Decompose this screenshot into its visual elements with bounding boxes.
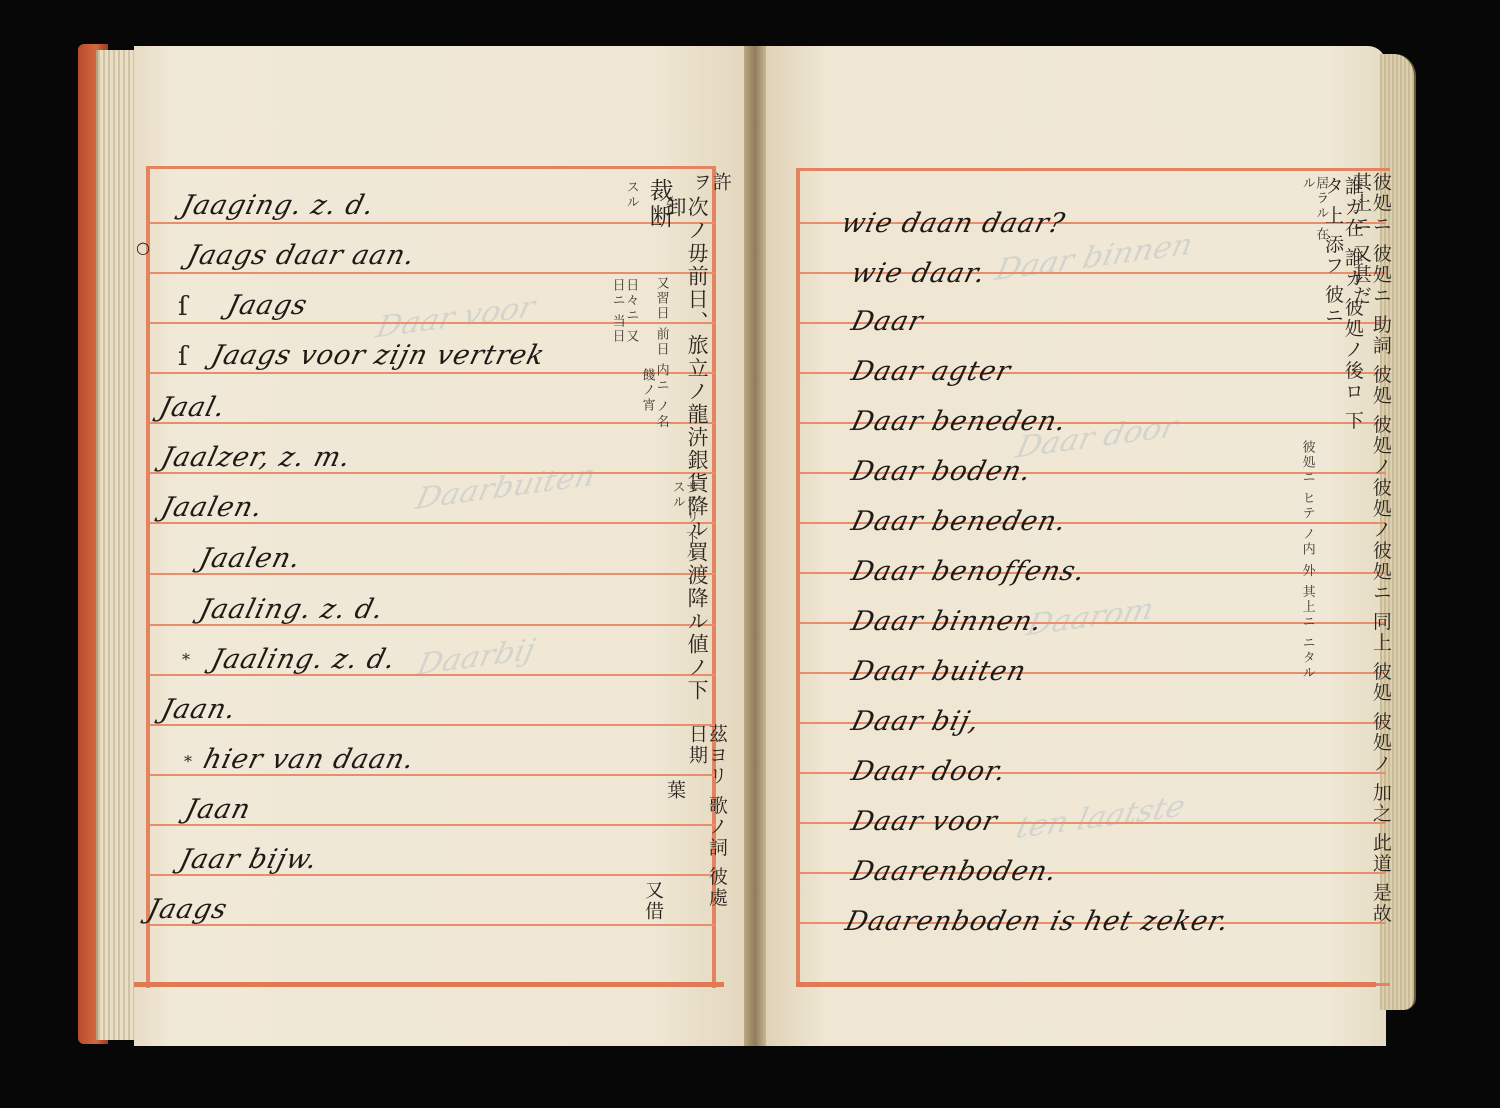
dictionary-entry: Jaan. (158, 694, 240, 725)
ruled-line (150, 222, 716, 224)
circle-marker: ○ (136, 238, 150, 257)
dictionary-entry: Daar benoffens. (848, 556, 1089, 587)
dictionary-entry: Jaags daar aan. (184, 240, 419, 271)
bracket-marker: ſ (178, 342, 188, 372)
dictionary-entry: Jaaging. z. d. (178, 190, 378, 221)
ruled-line (150, 724, 716, 726)
japanese-gloss: 日々ニ 又日ニ 当日 (610, 278, 637, 358)
dictionary-entry: Daar boden. (848, 456, 1035, 487)
dictionary-entry: Jaalen. (158, 492, 266, 523)
right-bottom-rule (796, 982, 1376, 987)
book-spine (744, 46, 766, 1046)
dictionary-entry: Daarenboden is het zeker. (842, 906, 1233, 937)
japanese-gloss: 許ヲ (690, 172, 730, 212)
japanese-gloss: スル (624, 180, 638, 220)
japanese-gloss: 又習日 前日 内ニ ノ名 (654, 276, 668, 446)
dictionary-entry: Jaan (182, 794, 254, 825)
dictionary-entry: Jaaling. z. d. (208, 644, 399, 675)
dictionary-entry: Daar (848, 306, 926, 337)
dictionary-entry: wie daan daar? (838, 208, 1068, 239)
japanese-gloss: 餞ノ宵 (640, 368, 654, 428)
dictionary-entry: Daar voor (848, 806, 1001, 837)
ruled-line (150, 422, 716, 424)
dictionary-entry: Daarenboden. (848, 856, 1061, 887)
dictionary-entry: Jaalzer, z. m. (158, 442, 354, 473)
bracket-marker: ſ (178, 292, 188, 322)
ruled-line (150, 924, 716, 926)
japanese-gloss: 葉 (664, 780, 684, 810)
left-bottom-rule (134, 982, 724, 987)
dictionary-entry: Daar bij, (848, 706, 983, 737)
japanese-gloss: 彼処ニ ヒテ ノ内 外 其上ニ ニタル (1300, 440, 1314, 920)
dictionary-entry: wie daar. (848, 258, 989, 289)
japanese-gloss: 次ノ毋前日、旅立ノ龍泋銀貨降ル買渡降ル値ノ下卸 (664, 196, 708, 716)
dictionary-entry: Jaalen. (196, 543, 304, 574)
dictionary-entry: Jaal. (156, 392, 229, 423)
ruled-line (150, 372, 716, 374)
dictionary-entry: Daar binnen. (848, 606, 1046, 637)
dictionary-entry: Daar beneden. (848, 506, 1070, 537)
japanese-gloss: 又借 (642, 880, 662, 940)
dictionary-entry: Daar beneden. (848, 406, 1070, 437)
dictionary-entry: hier van daan. (200, 744, 418, 775)
japanese-gloss: サカリ 下ル スル (670, 480, 697, 570)
dictionary-entry: Daar buiten (848, 656, 1030, 687)
japanese-gloss: 裁断 (646, 178, 671, 238)
ruled-line (150, 272, 716, 274)
dictionary-entry: Jaaling. z. d. (196, 594, 387, 625)
japanese-gloss: 茲ヨリ 歌ノ詞 彼處 日期 (686, 724, 726, 924)
dictionary-entry: Jaags voor zijn vertrek (208, 340, 548, 371)
dictionary-entry: Daar door. (848, 756, 1009, 787)
dictionary-entry: Jaar bijw. (176, 844, 321, 875)
asterisk-marker: * (184, 752, 192, 771)
open-book: Daar voor Daarbuiten Daarbij Daar binnen… (0, 0, 1500, 1108)
dictionary-entry: Daar agter (848, 356, 1014, 387)
japanese-gloss: 居ラル 在ル (1300, 176, 1327, 256)
dictionary-entry: Jaags (144, 894, 231, 925)
dictionary-entry: Jaags (224, 290, 311, 321)
asterisk-marker: * (182, 650, 190, 669)
